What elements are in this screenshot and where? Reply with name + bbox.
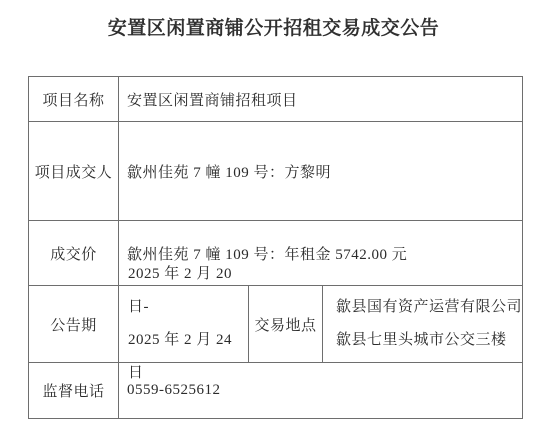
location-line-2: 歙县七里头城市公交三楼 bbox=[336, 324, 507, 357]
announcement-title: 安置区闲置商铺公开招租交易成交公告 bbox=[0, 13, 547, 40]
transaction-location-label: 交易地点 bbox=[249, 286, 323, 362]
table-row-announcement-period: 公告期 2025 年 2 月 20 日- 2025 年 2 月 24 日 交易地… bbox=[29, 285, 522, 362]
announcement-period-value: 2025 年 2 月 20 日- 2025 年 2 月 24 日 bbox=[119, 286, 249, 362]
supervision-phone-label: 监督电话 bbox=[29, 363, 119, 418]
deal-price-label: 成交价 bbox=[29, 221, 119, 285]
project-name-label: 项目名称 bbox=[29, 77, 119, 121]
location-line-1: 歙县国有资产运营有限公司 bbox=[336, 291, 522, 324]
supervision-phone-value: 0559-6525612 bbox=[119, 363, 522, 418]
table-row-winner: 项目成交人 歙州佳苑 7 幢 109 号：方黎明 bbox=[29, 121, 522, 220]
announcement-table: 项目名称 安置区闲置商铺招租项目 项目成交人 歙州佳苑 7 幢 109 号：方黎… bbox=[28, 76, 523, 419]
winner-label: 项目成交人 bbox=[29, 122, 119, 220]
transaction-location-value: 歙县国有资产运营有限公司 歙县七里头城市公交三楼 bbox=[323, 286, 522, 362]
table-row-deal-price: 成交价 歙州佳苑 7 幢 109 号：年租金 5742.00 元 bbox=[29, 220, 522, 285]
project-name-value: 安置区闲置商铺招租项目 bbox=[119, 77, 522, 121]
period-start-date: 2025 年 2 月 20 日- bbox=[128, 258, 248, 324]
table-row-project-name: 项目名称 安置区闲置商铺招租项目 bbox=[29, 77, 522, 121]
table-row-supervision-phone: 监督电话 0559-6525612 bbox=[29, 362, 522, 418]
announcement-period-label: 公告期 bbox=[29, 286, 119, 362]
announcement-document: 安置区闲置商铺公开招租交易成交公告 项目名称 安置区闲置商铺招租项目 项目成交人… bbox=[0, 0, 547, 437]
winner-value: 歙州佳苑 7 幢 109 号：方黎明 bbox=[119, 122, 522, 220]
